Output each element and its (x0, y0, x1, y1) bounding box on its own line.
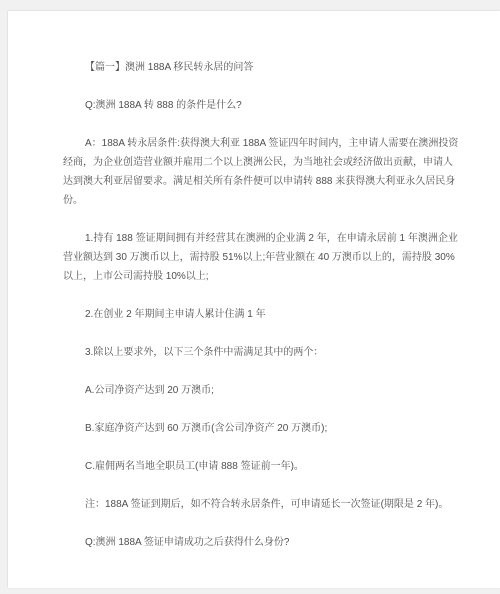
text-line: Q:澳洲 188A 转 888 的条件是什么? (63, 96, 473, 115)
text-line: 营业额达到 30 万澳币以上，需持股 51%以上;年营业额在 40 万澳币以上的… (63, 248, 473, 267)
document-content: 【篇一】澳洲 188A 移民转永居的问答Q:澳洲 188A 转 888 的条件是… (63, 58, 473, 571)
text-line: 注：188A 签证到期后，如不符合转永居条件，可申请延长一次签证(期限是 2 年… (63, 495, 473, 514)
text-line: A.公司净资产达到 20 万澳币; (63, 381, 473, 400)
text-line: 以上，上市公司需持股 10%以上; (63, 267, 473, 286)
paragraph-option-a: A.公司净资产达到 20 万澳币; (63, 381, 473, 400)
paragraph-section-title: 【篇一】澳洲 188A 移民转永居的问答 (63, 58, 473, 77)
paragraph-note: 注：188A 签证到期后，如不符合转永居条件，可申请延长一次签证(期限是 2 年… (63, 495, 473, 514)
paragraph-option-b: B.家庭净资产达到 60 万澳币(含公司净资产 20 万澳币); (63, 419, 473, 438)
text-line: Q:澳洲 188A 签证申请成功之后获得什么身份? (63, 533, 473, 552)
text-line: 经商，为企业创造营业额并雇用二个以上澳洲公民，为当地社会或经济做出贡献，申请人 (63, 153, 473, 172)
paragraph-question-2: Q:澳洲 188A 签证申请成功之后获得什么身份? (63, 533, 473, 552)
paragraph-option-c: C.雇佣两名当地全职员工(申请 888 签证前一年)。 (63, 457, 473, 476)
document-page: 【篇一】澳洲 188A 移民转永居的问答Q:澳洲 188A 转 888 的条件是… (8, 11, 500, 588)
text-line: 3.除以上要求外，以下三个条件中需满足其中的两个： (63, 343, 473, 362)
text-line: C.雇佣两名当地全职员工(申请 888 签证前一年)。 (63, 457, 473, 476)
text-line: 【篇一】澳洲 188A 移民转永居的问答 (63, 58, 473, 77)
text-line: 达到澳大利亚居留要求。满足相关所有条件便可以申请转 888 来获得澳大利亚永久居… (63, 172, 473, 191)
text-line: A：188A 转永居条件:获得澳大利亚 188A 签证四年时间内，主申请人需要在… (63, 134, 473, 153)
text-line: 2.在创业 2 年期间主申请人累计住满 1 年 (63, 305, 473, 324)
paragraph-answer-1: A：188A 转永居条件:获得澳大利亚 188A 签证四年时间内，主申请人需要在… (63, 134, 473, 210)
text-line: 份。 (63, 191, 473, 210)
text-line: 1.持有 188 签证期间拥有并经营其在澳洲的企业满 2 年，在申请永居前 1 … (63, 229, 473, 248)
page-background: 【篇一】澳洲 188A 移民转永居的问答Q:澳洲 188A 转 888 的条件是… (0, 0, 500, 594)
paragraph-condition-1: 1.持有 188 签证期间拥有并经营其在澳洲的企业满 2 年，在申请永居前 1 … (63, 229, 473, 286)
paragraph-condition-3: 3.除以上要求外，以下三个条件中需满足其中的两个： (63, 343, 473, 362)
paragraph-question-1: Q:澳洲 188A 转 888 的条件是什么? (63, 96, 473, 115)
text-line: B.家庭净资产达到 60 万澳币(含公司净资产 20 万澳币); (63, 419, 473, 438)
paragraph-condition-2: 2.在创业 2 年期间主申请人累计住满 1 年 (63, 305, 473, 324)
